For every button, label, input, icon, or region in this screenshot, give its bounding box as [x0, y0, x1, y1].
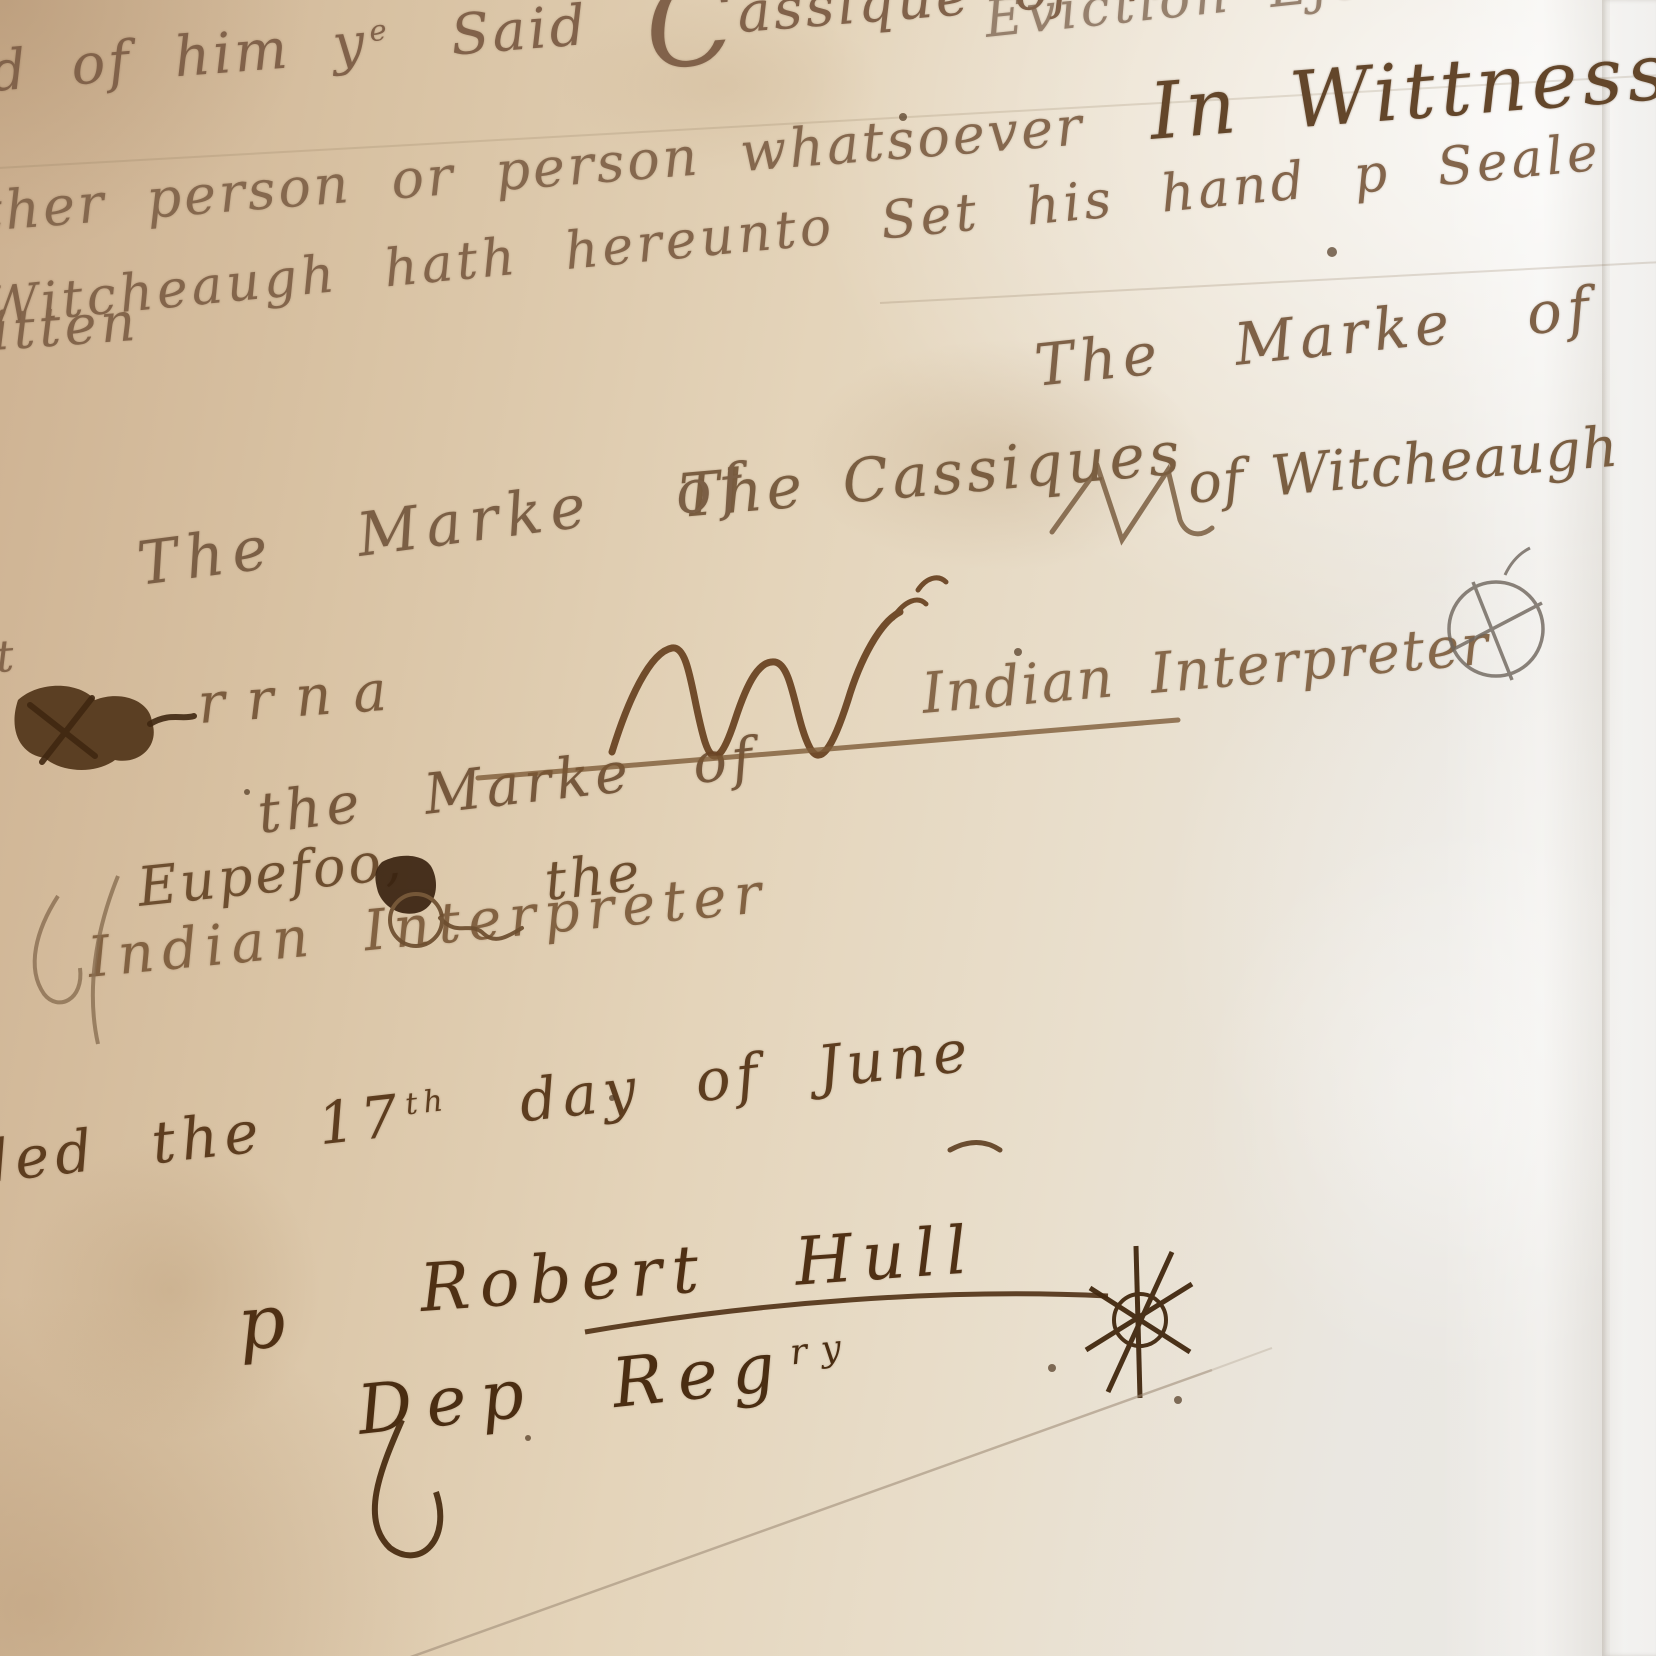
- fragment-itten-text: itten: [0, 290, 141, 363]
- said-big-c: C: [645, 22, 738, 29]
- manuscript-photo: Eviction Ejection d of him ye Said Cassi…: [0, 0, 1656, 1656]
- per-symbol: p: [234, 1278, 289, 1368]
- said-p2: Said: [448, 0, 590, 69]
- date-sup-th: th: [403, 1082, 450, 1122]
- per-symbol-text: p: [234, 1278, 289, 1368]
- fragment-itten: itten: [0, 290, 141, 363]
- said-sup-e: e: [368, 13, 391, 48]
- registrar-sup: ry: [788, 1326, 857, 1374]
